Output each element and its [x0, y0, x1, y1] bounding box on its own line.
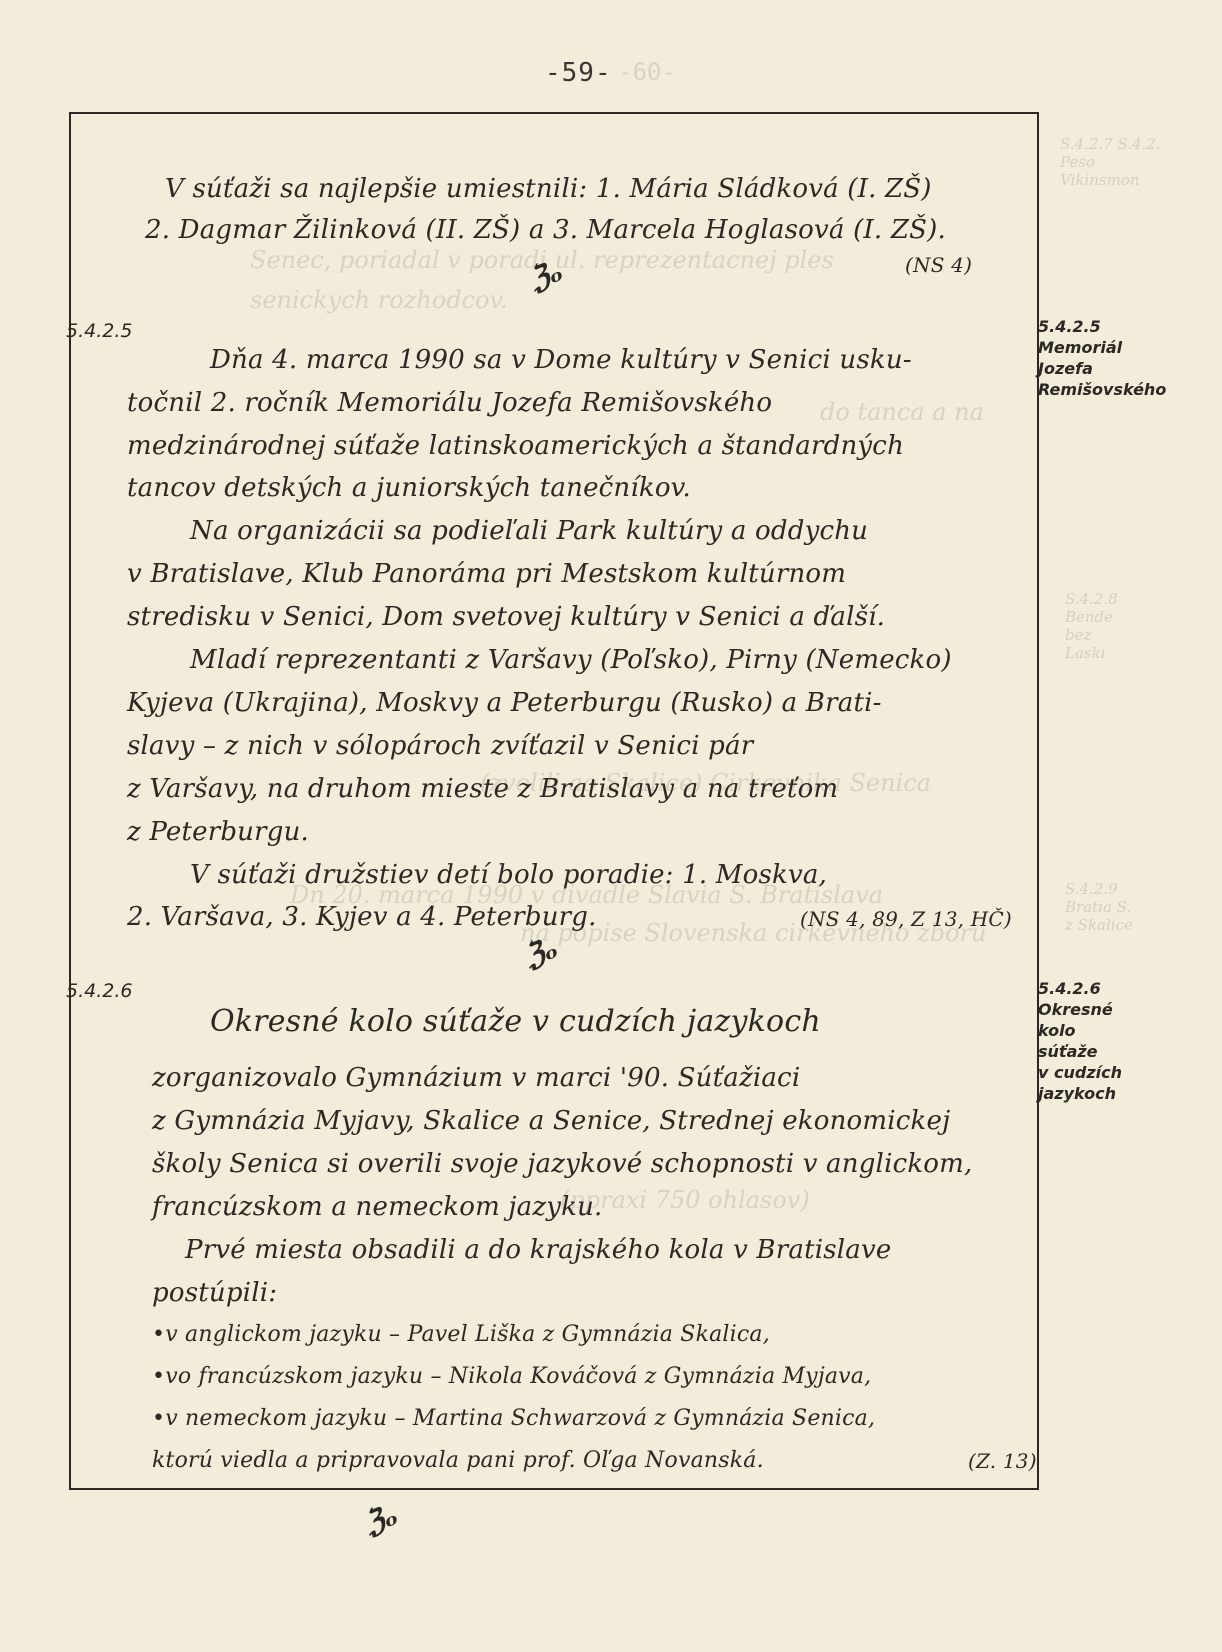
- reference-note: (NS 4): [905, 248, 972, 282]
- section-title: Okresné kolo súťaže v cudzích jazykoch: [210, 1005, 821, 1039]
- text-line: medzinárodnej súťaže latinskoamerických …: [127, 429, 904, 463]
- text-line: 2. Varšava, 3. Kyjev a 4. Peterburg.: [127, 900, 597, 934]
- bleed-through-margin: S.4.2.8 Bende bez Laski: [1065, 590, 1118, 662]
- text-line: Na organizácii sa podieľali Park kultúry…: [190, 514, 868, 548]
- text-line: 2. Dagmar Žilinková (II. ZŠ) a 3. Marcel…: [145, 213, 946, 247]
- list-item: vo francúzskom jazyku – Nikola Kováčová …: [152, 1360, 871, 1394]
- text-line: slavy – z nich v sólopároch zvíťazil v S…: [127, 729, 753, 763]
- bleed-through-margin: S.4.2.9 Bratia S. z Skalice: [1065, 880, 1133, 934]
- bleed-through-margin: S.4.2.7 S.4.2. Peso Vikinsmon: [1060, 135, 1161, 189]
- text-line: postúpili:: [152, 1276, 277, 1310]
- text-line: francúzskom a nemeckom jazyku.: [152, 1190, 603, 1224]
- text-line: Dňa 4. marca 1990 sa v Dome kultúry v Se…: [210, 343, 912, 377]
- list-item: v anglickom jazyku – Pavel Liška z Gymná…: [152, 1318, 770, 1352]
- text-line: zorganizovalo Gymnázium v marci '90. Súť…: [152, 1061, 800, 1095]
- text-line: z Peterburgu.: [127, 815, 309, 849]
- text-line: tancov detských a juniorských tanečníkov…: [127, 471, 691, 505]
- text-line: z Gymnázia Myjavy, Skalice a Senice, Str…: [152, 1104, 950, 1138]
- text-line: stredisku v Senici, Dom svetovej kultúry…: [127, 600, 885, 634]
- reference-note: (Z. 13): [968, 1444, 1037, 1478]
- text-line: školy Senica si overili svoje jazykové s…: [152, 1147, 972, 1181]
- list-item: v nemeckom jazyku – Martina Schwarzová z…: [152, 1402, 875, 1436]
- text-line: v Bratislave, Klub Panoráma pri Mestskom…: [127, 557, 846, 591]
- text-line: točnil 2. ročník Memoriálu Jozefa Remišo…: [127, 386, 772, 420]
- margin-note-language-contest: 5.4.2.6 Okresné kolo súťaže v cudzích ja…: [1038, 978, 1122, 1104]
- text-line: z Varšavy, na druhom mieste z Bratislavy…: [127, 772, 838, 806]
- text-line: V súťaži družstiev detí bolo poradie: 1.…: [190, 858, 827, 892]
- section-end-mark: ℨₒ: [360, 1497, 403, 1541]
- text-line: Prvé miesta obsadili a do krajského kola…: [185, 1233, 891, 1267]
- page-number: -59-: [545, 58, 612, 88]
- section-number: 5.4.2.5: [66, 320, 132, 342]
- text-line: V súťaži sa najlepšie umiestnili: 1. Már…: [165, 172, 932, 206]
- page-number-bleed-through: -60-: [618, 58, 676, 86]
- reference-note: (NS 4, 89, Z 13, HČ): [800, 902, 1012, 936]
- section-number: 5.4.2.6: [66, 980, 132, 1002]
- text-line: Kyjeva (Ukrajina), Moskvy a Peterburgu (…: [127, 686, 882, 720]
- text-line: Mladí reprezentanti z Varšavy (Poľsko), …: [190, 643, 952, 677]
- margin-note-memorial: 5.4.2.5 Memoriál Jozefa Remišovského: [1038, 316, 1166, 400]
- text-line: ktorú viedla a pripravovala pani prof. O…: [152, 1444, 764, 1478]
